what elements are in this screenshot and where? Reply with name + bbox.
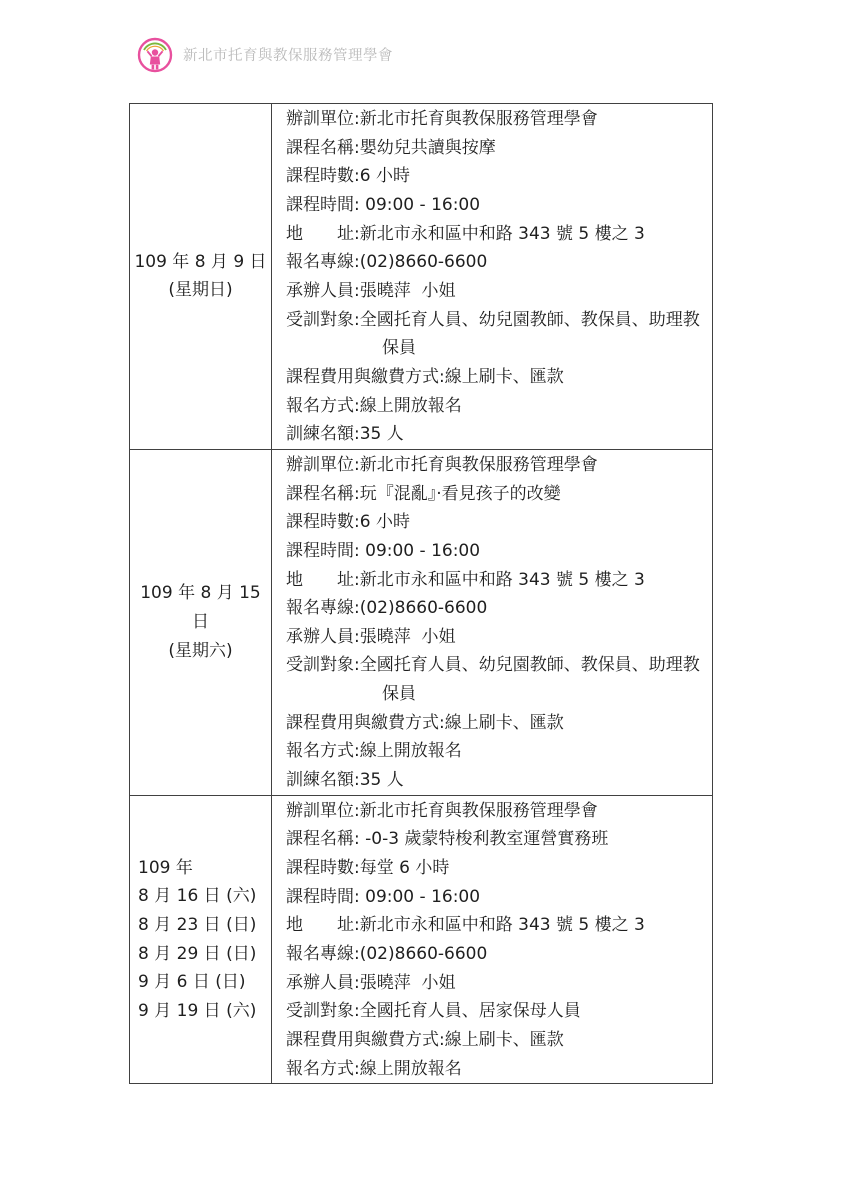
page-header: 新北市托育與教保服務管理學會 <box>136 34 393 74</box>
detail-line: 承辦人員:張曉萍 小姐 <box>286 623 706 652</box>
detail-line: 承辦人員:張曉萍 小姐 <box>286 277 706 306</box>
date-text: 9 月 19 日 (六) <box>138 997 269 1026</box>
weekday-text: (星期日) <box>132 276 269 305</box>
date-text: 9 月 6 日 (日) <box>138 968 269 997</box>
detail-line-continuation: 保員 <box>286 680 706 709</box>
detail-line: 辦訓單位:新北市托育與教保服務管理學會 <box>286 105 706 134</box>
document-page: 新北市托育與教保服務管理學會 109 年 8 月 9 日 (星期日) 辦訓單位:… <box>0 0 841 1200</box>
course-detail-cell: 辦訓單位:新北市托育與教保服務管理學會 課程名稱:玩『混亂』‧看見孩子的改變 課… <box>272 449 713 795</box>
detail-line: 課程時數:6 小時 <box>286 162 706 191</box>
date-text: 109 年 8 月 9 日 <box>132 248 269 277</box>
table-row: 109 年 8 月 15 日 (星期六) 辦訓單位:新北市托育與教保服務管理學會… <box>130 449 713 795</box>
detail-line: 課程費用與繳費方式:線上刷卡、匯款 <box>286 709 706 738</box>
detail-line: 課程時數:6 小時 <box>286 508 706 537</box>
date-text: 8 月 16 日 (六) <box>138 882 269 911</box>
detail-line: 課程時間: 09:00 - 16:00 <box>286 191 706 220</box>
detail-line: 課程費用與繳費方式:線上刷卡、匯款 <box>286 363 706 392</box>
detail-line: 報名專線:(02)8660-6600 <box>286 940 706 969</box>
detail-line: 課程時數:每堂 6 小時 <box>286 854 706 883</box>
detail-line: 受訓對象:全國托育人員、幼兒園教師、教保員、助理教 <box>286 651 706 680</box>
detail-line: 報名方式:線上開放報名 <box>286 392 706 421</box>
date-cell: 109 年 8 月 16 日 (六) 8 月 23 日 (日) 8 月 29 日… <box>130 795 272 1084</box>
detail-line: 辦訓單位:新北市托育與教保服務管理學會 <box>286 797 706 826</box>
detail-line: 辦訓單位:新北市托育與教保服務管理學會 <box>286 451 706 480</box>
table-row: 109 年 8 月 9 日 (星期日) 辦訓單位:新北市托育與教保服務管理學會 … <box>130 104 713 450</box>
date-text: 109 年 <box>138 854 269 883</box>
detail-line: 訓練名額:35 人 <box>286 766 706 795</box>
course-detail-cell: 辦訓單位:新北市托育與教保服務管理學會 課程名稱: -0-3 歲蒙特梭利教室運營… <box>272 795 713 1084</box>
detail-line: 課程時間: 09:00 - 16:00 <box>286 537 706 566</box>
detail-line: 承辦人員:張曉萍 小姐 <box>286 969 706 998</box>
date-text: 109 年 8 月 15 日 <box>132 579 269 636</box>
detail-line: 課程時間: 09:00 - 16:00 <box>286 883 706 912</box>
association-logo-icon <box>136 34 174 74</box>
detail-line: 課程名稱:嬰幼兒共讀與按摩 <box>286 134 706 163</box>
course-detail-cell: 辦訓單位:新北市托育與教保服務管理學會 課程名稱:嬰幼兒共讀與按摩 課程時數:6… <box>272 104 713 450</box>
detail-line-continuation: 保員 <box>286 334 706 363</box>
detail-line: 課程名稱:玩『混亂』‧看見孩子的改變 <box>286 480 706 509</box>
detail-line: 報名方式:線上開放報名 <box>286 737 706 766</box>
detail-line: 課程名稱: -0-3 歲蒙特梭利教室運營實務班 <box>286 825 706 854</box>
detail-line: 課程費用與繳費方式:線上刷卡、匯款 <box>286 1026 706 1055</box>
date-cell: 109 年 8 月 9 日 (星期日) <box>130 104 272 450</box>
table-row: 109 年 8 月 16 日 (六) 8 月 23 日 (日) 8 月 29 日… <box>130 795 713 1084</box>
detail-line: 受訓對象:全國托育人員、居家保母人員 <box>286 997 706 1026</box>
org-name: 新北市托育與教保服務管理學會 <box>183 44 393 65</box>
detail-line: 報名方式:線上開放報名 <box>286 1055 706 1084</box>
detail-line: 地 址:新北市永和區中和路 343 號 5 樓之 3 <box>286 220 706 249</box>
detail-line: 報名專線:(02)8660-6600 <box>286 594 706 623</box>
date-text: 8 月 29 日 (日) <box>138 940 269 969</box>
course-schedule-table: 109 年 8 月 9 日 (星期日) 辦訓單位:新北市托育與教保服務管理學會 … <box>129 103 713 1084</box>
detail-line: 地 址:新北市永和區中和路 343 號 5 樓之 3 <box>286 566 706 595</box>
detail-line: 訓練名額:35 人 <box>286 420 706 449</box>
detail-line: 地 址:新北市永和區中和路 343 號 5 樓之 3 <box>286 911 706 940</box>
date-text: 8 月 23 日 (日) <box>138 911 269 940</box>
weekday-text: (星期六) <box>132 637 269 666</box>
date-cell: 109 年 8 月 15 日 (星期六) <box>130 449 272 795</box>
detail-line: 報名專線:(02)8660-6600 <box>286 248 706 277</box>
detail-line: 受訓對象:全國托育人員、幼兒園教師、教保員、助理教 <box>286 306 706 335</box>
